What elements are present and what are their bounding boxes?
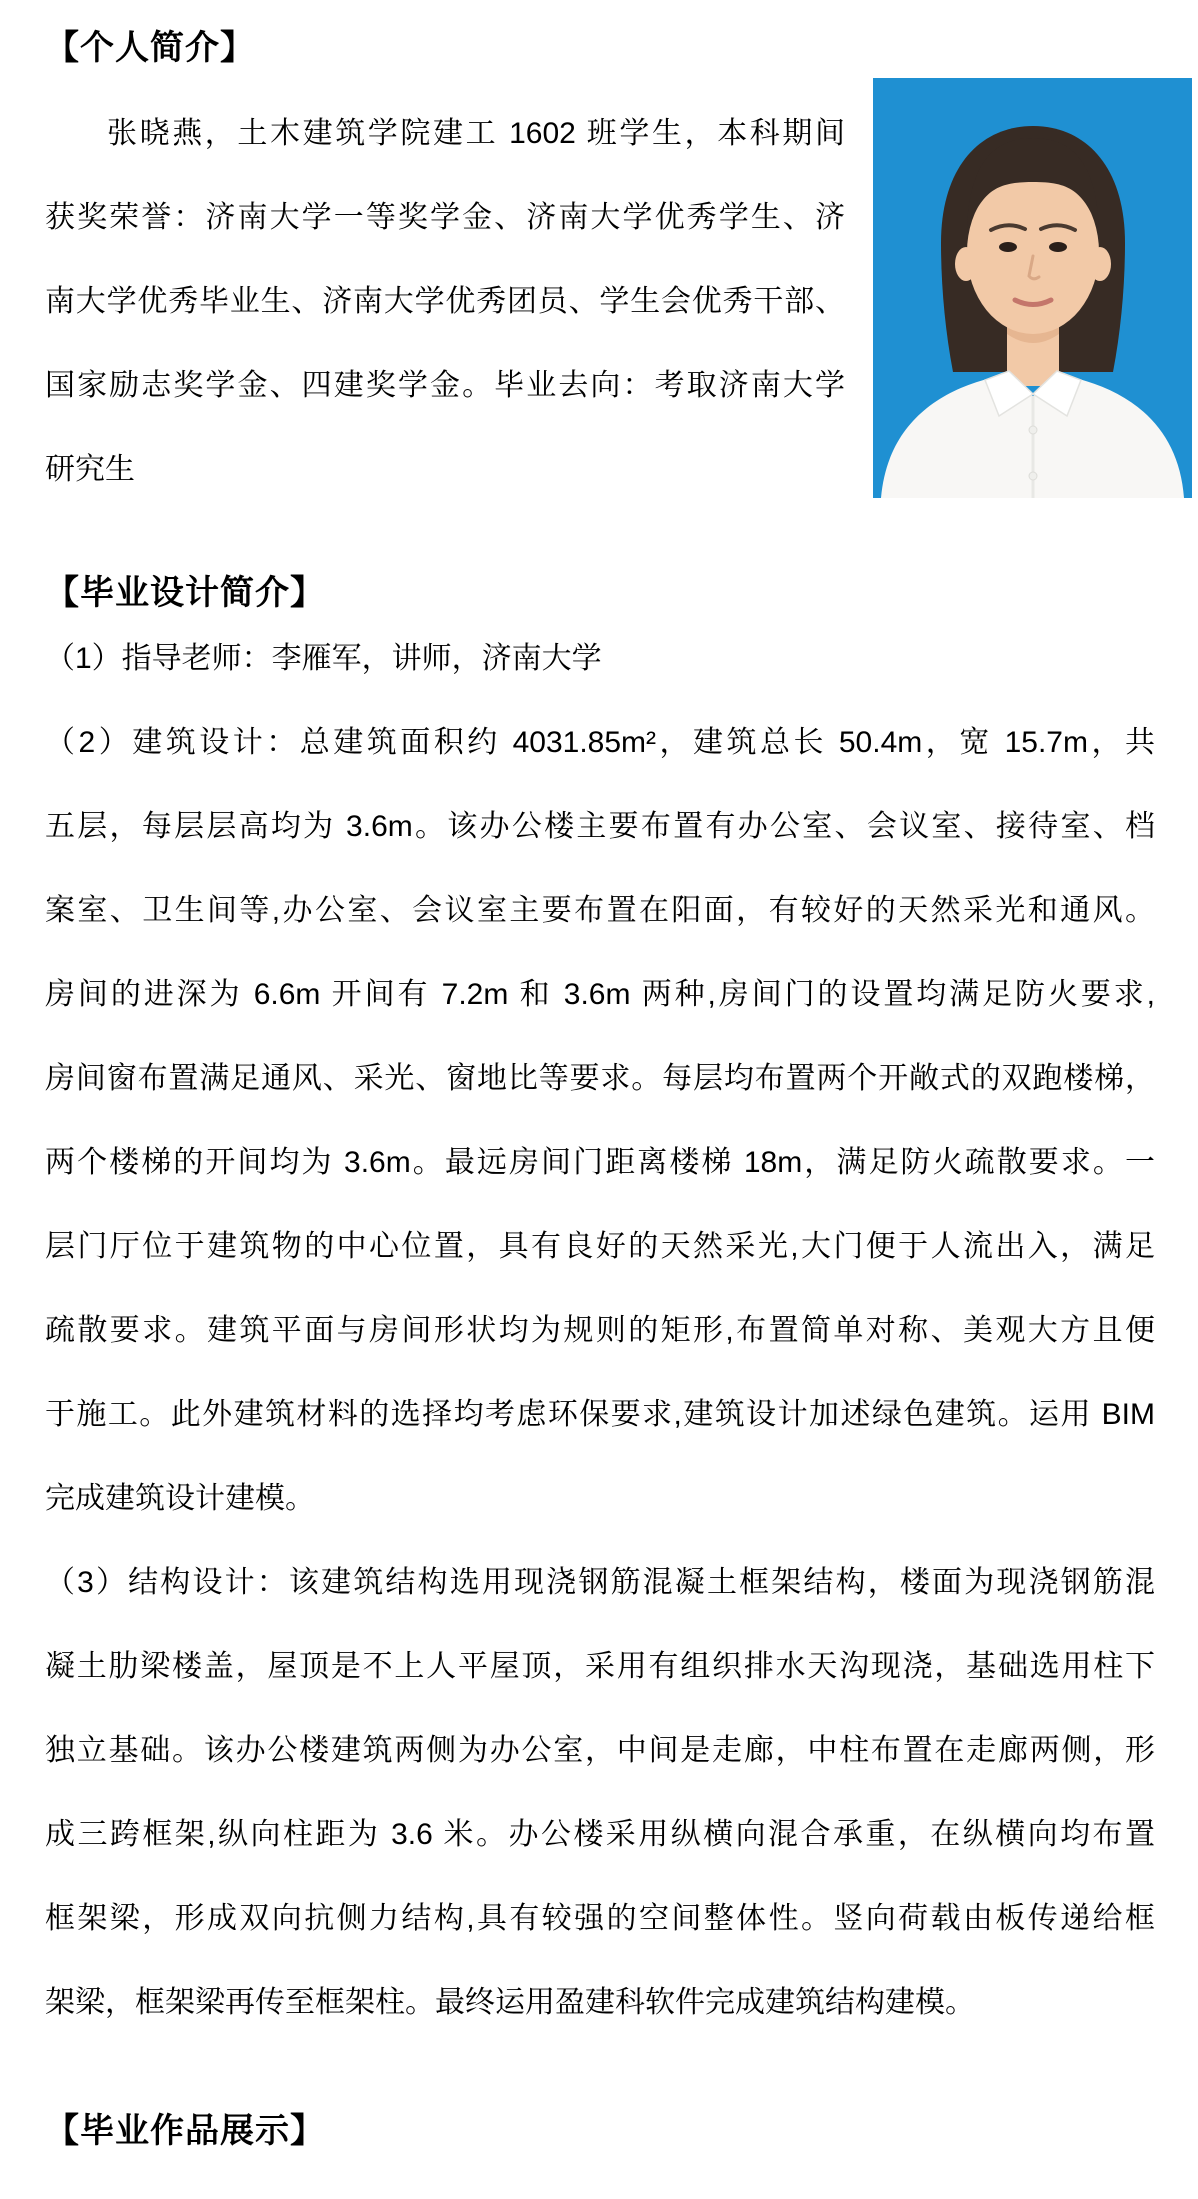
text-line: 于施工。此外建筑材料的选择均考虑环保要求,建筑设计加述绿色建筑。运用 BIM <box>45 1373 1155 1457</box>
design-paragraph-1: （1）指导老师：李雁军，讲师，济南大学 <box>45 617 1155 701</box>
text-line: （3）结构设计：该建筑结构选用现浇钢筋混凝土框架结构，楼面为现浇钢筋混 <box>45 1541 1155 1625</box>
text-line: （1）指导老师：李雁军，讲师，济南大学 <box>45 617 1155 701</box>
design-paragraph-2: （2）建筑设计：总建筑面积约 4031.85m²，建筑总长 50.4m，宽 15… <box>45 701 1155 1541</box>
text-line: 国家励志奖学金、四建奖学金。毕业去向：考取济南大学 <box>45 344 845 428</box>
text-line: 张晓燕，土木建筑学院建工 1602 班学生，本科期间 <box>45 92 845 176</box>
section-heading-design-intro: 【毕业设计简介】 <box>45 569 1198 617</box>
section-heading-works: 【毕业作品展示】 <box>45 2107 1198 2155</box>
text-line: 研究生 <box>45 428 845 512</box>
text-line: 完成建筑设计建模。 <box>45 1457 1155 1541</box>
text-line: 房间的进深为 6.6m 开间有 7.2m 和 3.6m 两种,房间门的设置均满足… <box>45 953 1155 1037</box>
text-line: 房间窗布置满足通风、采光、窗地比等要求。每层均布置两个开敞式的双跑楼梯， <box>45 1037 1155 1121</box>
text-line: （2）建筑设计：总建筑面积约 4031.85m²，建筑总长 50.4m，宽 15… <box>45 701 1155 785</box>
text-line: 案室、卫生间等,办公室、会议室主要布置在阳面，有较好的天然采光和通风。 <box>45 869 1155 953</box>
text-line: 五层，每层层高均为 3.6m。该办公楼主要布置有办公室、会议室、接待室、档 <box>45 785 1155 869</box>
design-paragraph-3: （3）结构设计：该建筑结构选用现浇钢筋混凝土框架结构，楼面为现浇钢筋混凝土肋梁楼… <box>45 1541 1155 2045</box>
text-line: 两个楼梯的开间均为 3.6m。最远房间门距离楼梯 18m，满足防火疏散要求。一 <box>45 1121 1155 1205</box>
text-line: 独立基础。该办公楼建筑两侧为办公室，中间是走廊，中柱布置在走廊两侧，形 <box>45 1709 1155 1793</box>
student-id-photo <box>873 78 1192 498</box>
text-line: 层门厅位于建筑物的中心位置，具有良好的天然采光,大门便于人流出入，满足 <box>45 1205 1155 1289</box>
document-page: 【个人简介】 张晓燕，土木建筑学院建工 1602 班学生，本科期间获奖荣誉：济南… <box>0 0 1198 2199</box>
text-line: 成三跨框架,纵向柱距为 3.6 米。办公楼采用纵横向混合承重，在纵横向均布置 <box>45 1793 1155 1877</box>
profile-paragraph: 张晓燕，土木建筑学院建工 1602 班学生，本科期间获奖荣誉：济南大学一等奖学金… <box>45 92 845 512</box>
text-line: 南大学优秀毕业生、济南大学优秀团员、学生会优秀干部、 <box>45 260 845 344</box>
text-line: 架梁，框架梁再传至框架柱。最终运用盈建科软件完成建筑结构建模。 <box>45 1961 1155 2045</box>
text-line: 获奖荣誉：济南大学一等奖学金、济南大学优秀学生、济 <box>45 176 845 260</box>
section-heading-profile: 【个人简介】 <box>45 24 1198 72</box>
text-line: 凝土肋梁楼盖，屋顶是不上人平屋顶，采用有组织排水天沟现浇，基础选用柱下 <box>45 1625 1155 1709</box>
id-photo-illustration <box>873 78 1192 498</box>
text-line: 疏散要求。建筑平面与房间形状均为规则的矩形,布置简单对称、美观大方且便 <box>45 1289 1155 1373</box>
text-line: 框架梁，形成双向抗侧力结构,具有较强的空间整体性。竖向荷载由板传递给框 <box>45 1877 1155 1961</box>
